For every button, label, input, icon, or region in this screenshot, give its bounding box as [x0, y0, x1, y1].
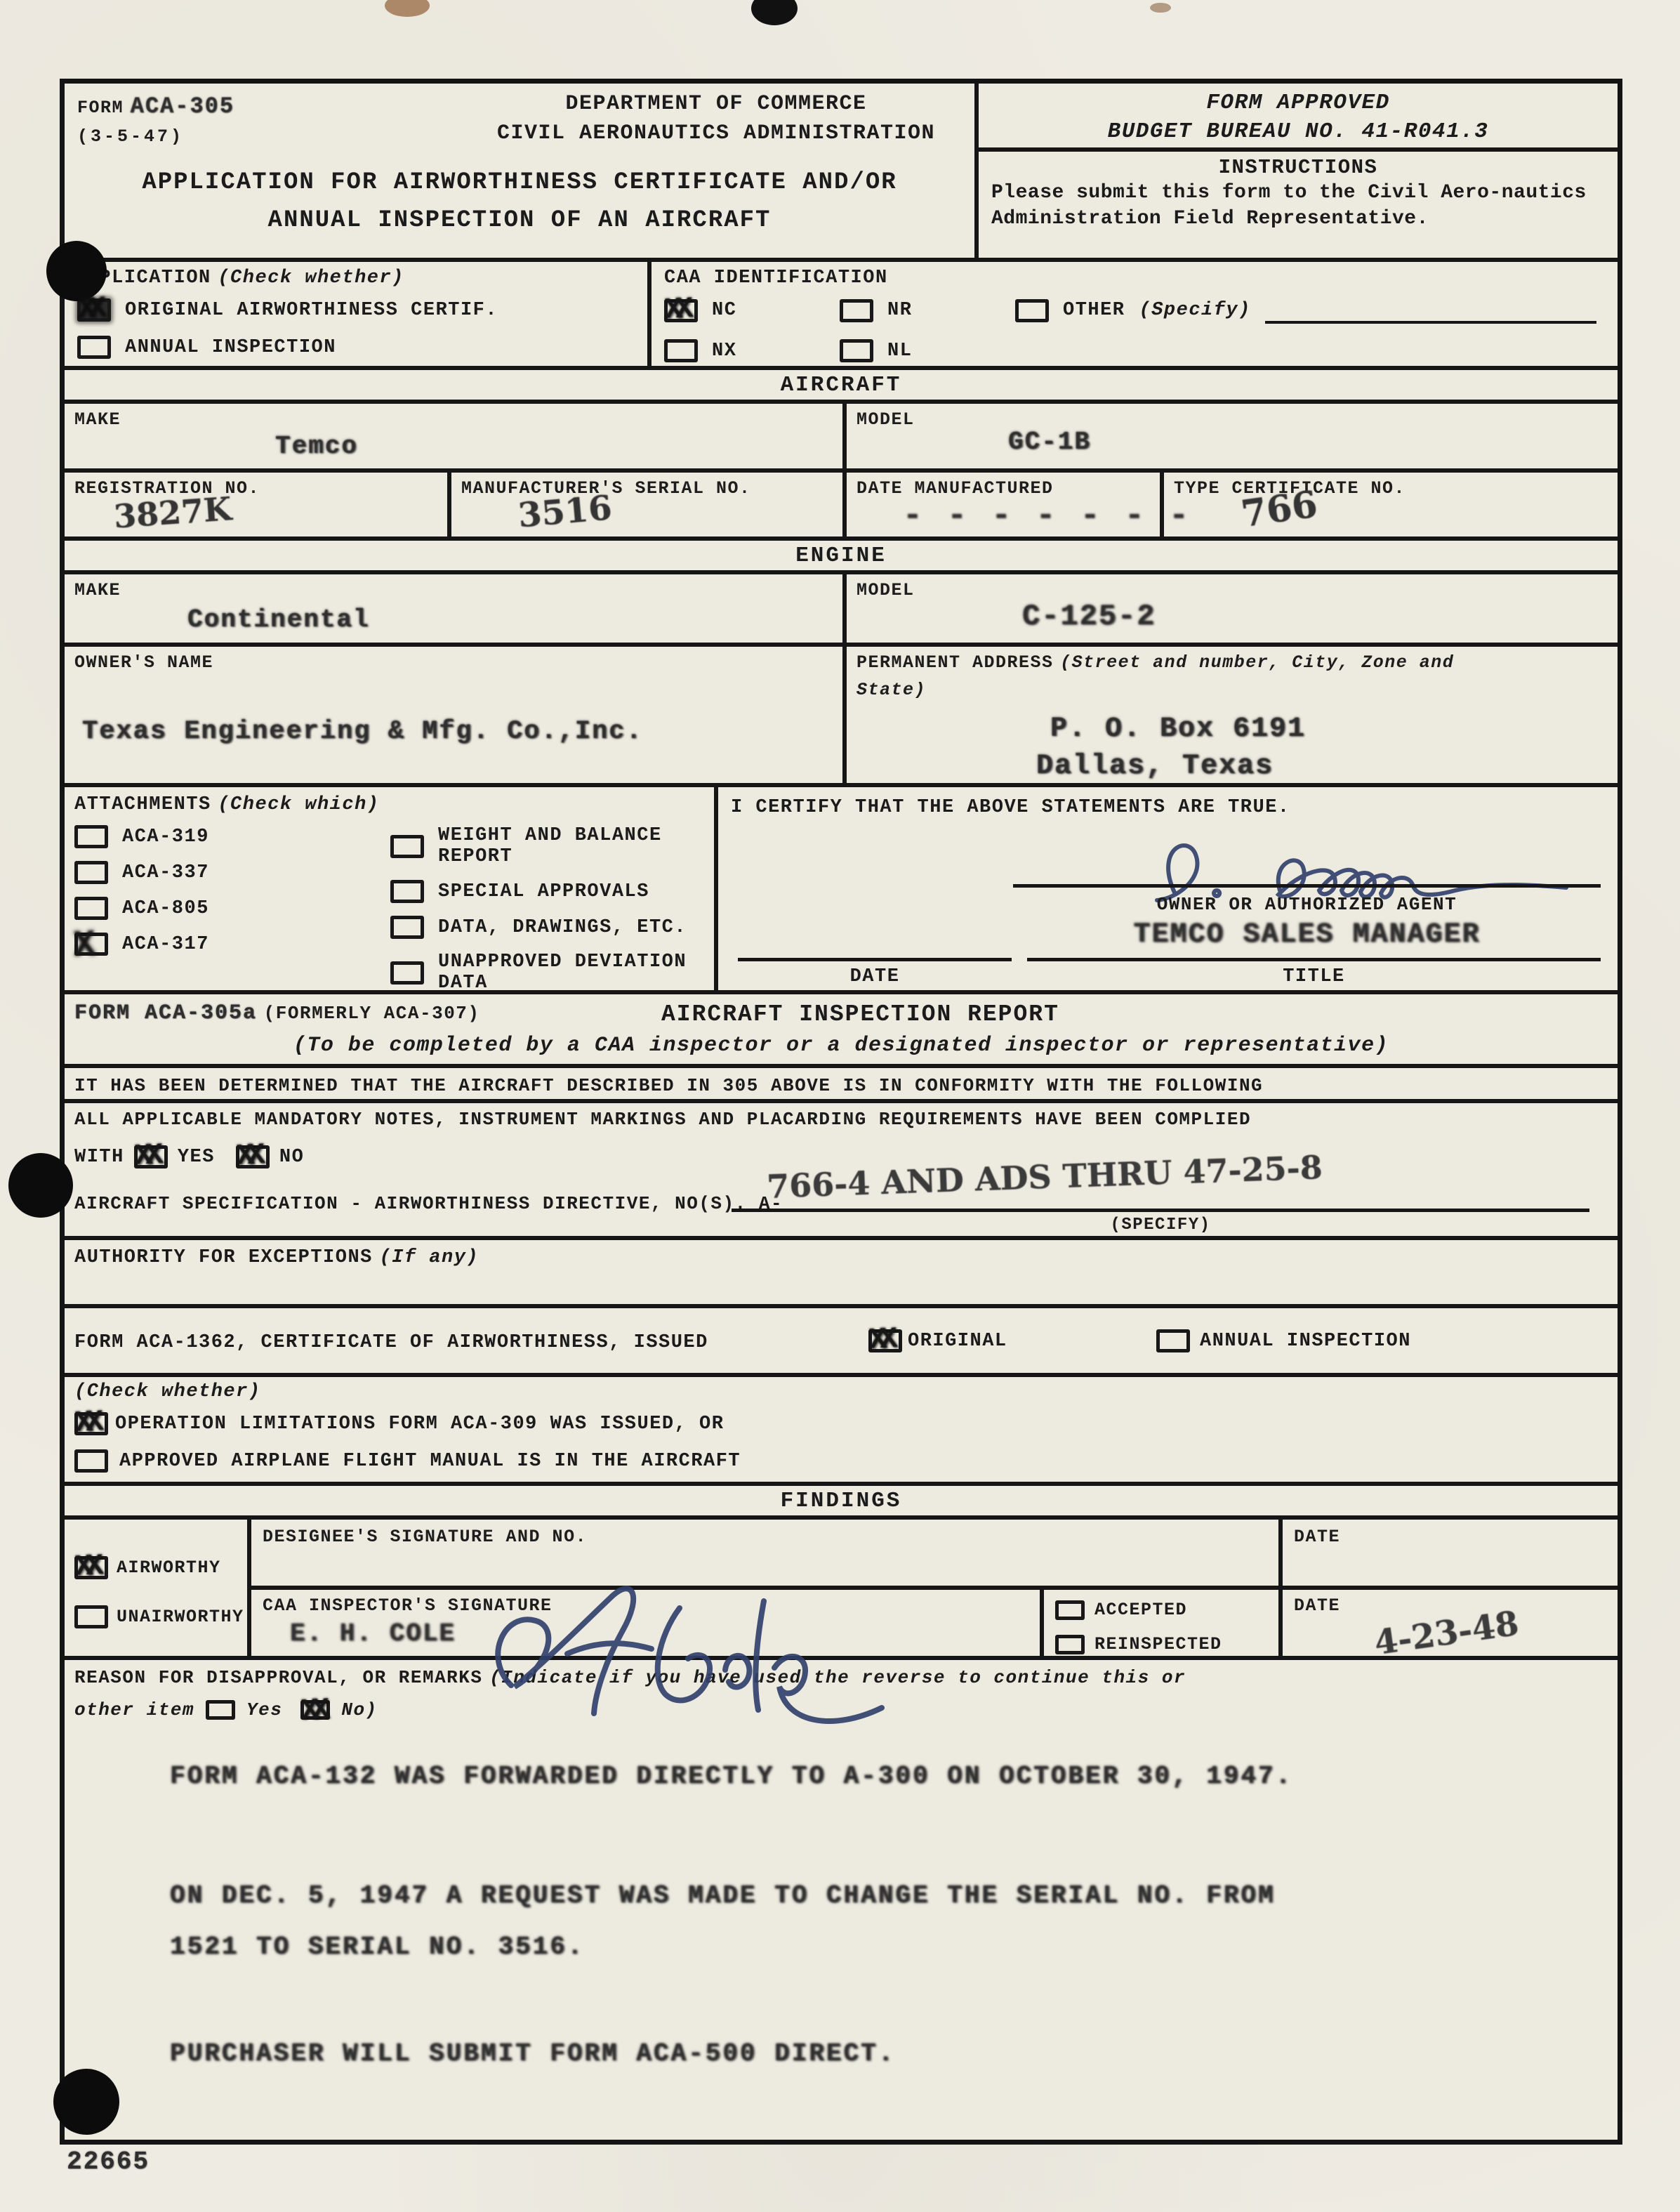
- remarks-line-4: PURCHASER WILL SUBMIT FORM ACA-500 DIREC…: [170, 2039, 895, 2068]
- address-line1: P. O. Box 6191: [1050, 713, 1306, 745]
- aircraft-model-value: GC-1B: [1008, 428, 1091, 456]
- remarks-hint2: other item: [74, 1699, 194, 1720]
- other-label: OTHER: [1063, 300, 1125, 321]
- owner-name-cell: OWNER'S NAME Texas Engineering & Mfg. Co…: [65, 647, 842, 783]
- inspection-date-cell: DATE 4-23-48: [1278, 1590, 1618, 1656]
- department-heading: DEPARTMENT OF COMMERCE CIVIL AERONAUTICS…: [463, 92, 969, 145]
- checkbox-airworthy: [74, 1556, 108, 1579]
- form-aca-305: FORM ACA-305 (3-5-47) DEPARTMENT OF COMM…: [60, 79, 1622, 2145]
- annual-inspection-label: ANNUAL INSPECTION: [125, 337, 336, 358]
- nr-label: NR: [887, 300, 912, 321]
- remarks-no-label: No): [341, 1699, 377, 1720]
- permanent-address-hint1: (Street and number, City, Zone and: [1060, 652, 1454, 673]
- checkbox-remarks-yes: [206, 1700, 235, 1720]
- inspection-report-header: FORM ACA-305a (FORMERLY ACA-307) AIRCRAF…: [65, 994, 1618, 1068]
- nl-label: NL: [887, 341, 912, 362]
- permanent-address-hint2: State): [856, 680, 1618, 700]
- checkbox-operation-limitations: [74, 1412, 108, 1435]
- checkbox-flight-manual: [74, 1449, 108, 1473]
- caa-inspector-typed-name: E. H. COLE: [290, 1619, 456, 1648]
- remarks-yes-label: Yes: [246, 1699, 282, 1720]
- caa-inspector-signature: [462, 1580, 897, 1749]
- paper-stain-top: [385, 0, 430, 17]
- application-row: APPLICATION (Check whether) ORIGINAL AIR…: [65, 258, 1618, 370]
- date-manufactured-cell: DATE MANUFACTURED - - - - - - -: [842, 473, 1160, 536]
- form-number: ACA-305: [131, 93, 234, 119]
- checkbox-other: [1015, 299, 1049, 322]
- checkbox-data-drawings: [390, 916, 424, 939]
- aca-317-label: ACA-317: [122, 934, 209, 955]
- checkbox-original-airworthiness: [77, 298, 111, 322]
- title-line: [1027, 958, 1601, 961]
- registration-value: 3827K: [112, 489, 232, 536]
- remarks-line-1: FORM ACA-132 WAS FORWARDED DIRECTLY TO A…: [170, 1762, 1292, 1791]
- checkbox-nl: [840, 339, 873, 362]
- date-manufactured-label: DATE MANUFACTURED: [856, 478, 1054, 499]
- engine-model-value: C-125-2: [1022, 600, 1156, 633]
- weight-balance-label: WEIGHT AND BALANCE REPORT: [438, 825, 714, 867]
- remarks-line-2: ON DEC. 5, 1947 A REQUEST WAS MADE TO CH…: [170, 1881, 1276, 1910]
- remarks-line-3: 1521 TO SERIAL NO. 3516.: [170, 1933, 584, 1961]
- checkbox-complied-no: [236, 1145, 270, 1168]
- owner-signature-line: [1013, 884, 1601, 888]
- aircraft-model-cell: MODEL GC-1B: [842, 404, 1618, 468]
- operation-limitations-label: OPERATION LIMITATIONS FORM ACA-309 WAS I…: [115, 1414, 724, 1435]
- designee-date-cell: DATE: [1278, 1520, 1618, 1586]
- owner-name-value: Texas Engineering & Mfg. Co.,Inc.: [82, 717, 643, 746]
- owner-address-row: OWNER'S NAME Texas Engineering & Mfg. Co…: [65, 647, 1618, 787]
- checkbox-annual-inspection: [77, 336, 111, 359]
- airworthy-label: AIRWORTHY: [117, 1558, 221, 1578]
- attachments-hint: (Check which): [218, 794, 379, 815]
- date-manufactured-value: - - - - - - -: [903, 498, 1191, 534]
- checkbox-issued-original: [868, 1329, 902, 1352]
- checkbox-aca-317: [74, 933, 108, 956]
- checkbox-unairworthy: [74, 1605, 108, 1628]
- report-title: AIRCRAFT INSPECTION REPORT: [661, 1001, 1059, 1027]
- hole-punch-top: [46, 241, 107, 301]
- original-airworthiness-label: ORIGINAL AIRWORTHINESS CERTIF.: [125, 300, 498, 321]
- footer-stamp-number: 22665: [67, 2147, 150, 2176]
- checkbox-nc: [664, 299, 698, 322]
- owner-agent-label: OWNER OR AUTHORIZED AGENT: [1013, 894, 1601, 915]
- date-line: [738, 958, 1012, 961]
- airworthy-column: AIRWORTHY UNAIRWORTHY: [65, 1520, 247, 1656]
- aircraft-registration-row: REGISTRATION NO. 3827K MANUFACTURER'S SE…: [65, 473, 1618, 541]
- attachments-cell: ATTACHMENTS (Check which) ACA-319 ACA-33…: [65, 787, 714, 990]
- check-whether-label: (Check whether): [65, 1377, 1618, 1402]
- checkbox-nr: [840, 299, 873, 322]
- specify-label: (SPECIFY): [732, 1216, 1589, 1235]
- checkbox-complied-yes: [134, 1145, 168, 1168]
- complied-no-label: NO: [279, 1147, 304, 1168]
- spec-directive-line: [732, 1209, 1589, 1212]
- title-stamp: TEMCO SALES MANAGER: [1013, 919, 1601, 951]
- checkbox-special-approvals: [390, 880, 424, 903]
- checkbox-issued-annual: [1156, 1329, 1190, 1352]
- engine-model-cell: MODEL C-125-2: [842, 574, 1618, 643]
- report-formerly: (FORMERLY ACA-307): [264, 1003, 480, 1024]
- findings-right: DESIGNEE'S SIGNATURE AND NO. DATE CAA IN…: [247, 1520, 1618, 1656]
- form-title: APPLICATION FOR AIRWORTHINESS CERTIFICAT…: [65, 169, 974, 234]
- attachments-certify-row: ATTACHMENTS (Check which) ACA-319 ACA-33…: [65, 787, 1618, 994]
- checkbox-accepted: [1055, 1600, 1085, 1620]
- form-title-line2: ANNUAL INSPECTION OF AN AIRCRAFT: [65, 207, 974, 234]
- other-specify-line: [1265, 297, 1596, 324]
- serial-value: 3516: [517, 488, 614, 535]
- aca-1362-label: FORM ACA-1362, CERTIFICATE OF AIRWORTHIN…: [74, 1332, 708, 1353]
- address-line2: Dallas, Texas: [1036, 751, 1274, 782]
- checkbox-nx: [664, 339, 698, 362]
- header-row: FORM ACA-305 (3-5-47) DEPARTMENT OF COMM…: [65, 84, 1618, 258]
- data-drawings-label: DATA, DRAWINGS, ETC.: [438, 917, 687, 938]
- header-right: FORM APPROVED BUDGET BUREAU NO. 41-R041.…: [974, 84, 1618, 258]
- accepted-column: ACCEPTED REINSPECTED: [1040, 1590, 1278, 1656]
- instructions-body: Please submit this form to the Civil Aer…: [991, 180, 1605, 232]
- certificate-issued-row: FORM ACA-1362, CERTIFICATE OF AIRWORTHIN…: [65, 1308, 1618, 1377]
- checkbox-unapproved-deviation: [390, 961, 424, 985]
- findings-banner-text: FINDINGS: [781, 1489, 902, 1513]
- aca-337-label: ACA-337: [122, 862, 209, 883]
- spec-directive-label: AIRCRAFT SPECIFICATION - AIRWORTHINESS D…: [74, 1193, 783, 1214]
- nx-label: NX: [712, 341, 736, 362]
- caa-inspector-cell: CAA INSPECTOR'S SIGNATURE E. H. COLE: [251, 1590, 1040, 1656]
- attachments-label: ATTACHMENTS: [74, 794, 211, 815]
- report-subtitle: (To be completed by a CAA inspector or a…: [65, 1034, 1618, 1058]
- determined-text: IT HAS BEEN DETERMINED THAT THE AIRCRAFT…: [65, 1068, 1618, 1096]
- other-specify-hint: (Specify): [1139, 300, 1251, 321]
- header-left: FORM ACA-305 (3-5-47) DEPARTMENT OF COMM…: [65, 84, 974, 258]
- paper-stain-small: [1150, 3, 1171, 13]
- aircraft-make-label: MAKE: [74, 409, 121, 430]
- unairworthy-label: UNAIRWORTHY: [117, 1607, 244, 1627]
- checkbox-aca-319: [74, 825, 108, 848]
- checkbox-reinspected: [1055, 1635, 1085, 1654]
- engine-banner: ENGINE: [65, 541, 1618, 574]
- flight-manual-label: APPROVED AIRPLANE FLIGHT MANUAL IS IN TH…: [119, 1451, 741, 1472]
- type-certificate-cell: TYPE CERTIFICATE NO. 766: [1160, 473, 1618, 536]
- findings-banner: FINDINGS: [65, 1486, 1618, 1520]
- engine-make-value: Continental: [187, 605, 370, 634]
- form-revision-date: (3-5-47): [77, 126, 234, 147]
- engine-make-model-row: MAKE Continental MODEL C-125-2: [65, 574, 1618, 647]
- form-approved-box: FORM APPROVED BUDGET BUREAU NO. 41-R041.…: [979, 84, 1618, 152]
- caa-identification-label: CAA IDENTIFICATION: [664, 268, 1596, 289]
- hole-punch-middle: [8, 1153, 73, 1218]
- aircraft-make-cell: MAKE Temco: [65, 404, 842, 468]
- department-line2: CIVIL AERONAUTICS ADMINISTRATION: [463, 121, 969, 145]
- issued-original-label: ORIGINAL: [908, 1331, 1007, 1352]
- certification-cell: I CERTIFY THAT THE ABOVE STATEMENTS ARE …: [714, 787, 1618, 990]
- engine-banner-text: ENGINE: [795, 544, 887, 568]
- checkbox-weight-balance: [390, 835, 424, 858]
- unapproved-deviation-label: UNAPPROVED DEVIATION DATA: [438, 952, 714, 994]
- engine-make-cell: MAKE Continental: [65, 574, 842, 643]
- findings-table: AIRWORTHY UNAIRWORTHY DESIGNEE'S SIGNATU…: [65, 1520, 1618, 1660]
- compliance-row: ALL APPLICABLE MANDATORY NOTES, INSTRUME…: [65, 1103, 1618, 1240]
- checkbox-aca-337: [74, 861, 108, 884]
- complied-yes-label: YES: [178, 1147, 215, 1168]
- instructions-title: INSTRUCTIONS: [991, 156, 1605, 179]
- owner-name-label: OWNER'S NAME: [74, 652, 213, 673]
- caa-identification-cell: CAA IDENTIFICATION NC NR OTHER: [647, 262, 1618, 366]
- aircraft-make-value: Temco: [275, 432, 358, 461]
- with-label: WITH: [74, 1147, 124, 1168]
- designee-signature-cell: DESIGNEE'S SIGNATURE AND NO.: [251, 1520, 1278, 1586]
- serial-cell: MANUFACTURER'S SERIAL NO. 3516: [447, 473, 842, 536]
- permanent-address-label: PERMANENT ADDRESS: [856, 652, 1054, 673]
- checkbox-remarks-no: [300, 1700, 330, 1720]
- aircraft-make-model-row: MAKE Temco MODEL GC-1B: [65, 404, 1618, 473]
- issued-annual-label: ANNUAL INSPECTION: [1200, 1331, 1411, 1352]
- application-cell: APPLICATION (Check whether) ORIGINAL AIR…: [65, 262, 647, 366]
- certify-statement: I CERTIFY THAT THE ABOVE STATEMENTS ARE …: [731, 797, 1290, 818]
- instructions-box: INSTRUCTIONS Please submit this form to …: [979, 152, 1618, 232]
- checkbox-aca-805: [74, 897, 108, 920]
- form-approved-line2: BUDGET BUREAU NO. 41-R041.3: [979, 119, 1618, 144]
- hole-punch-bottom: [53, 2069, 119, 2135]
- ink-smudge-top: [751, 0, 798, 25]
- inspection-date-label: DATE: [1294, 1595, 1340, 1616]
- permanent-address-cell: PERMANENT ADDRESS (Street and number, Ci…: [842, 647, 1618, 783]
- designee-date-label: DATE: [1294, 1527, 1340, 1547]
- aircraft-model-label: MODEL: [856, 409, 915, 430]
- accepted-label: ACCEPTED: [1094, 1600, 1187, 1620]
- scanned-form-page: FORM ACA-305 (3-5-47) DEPARTMENT OF COMM…: [0, 0, 1680, 2212]
- certify-date-label: DATE: [738, 966, 1012, 987]
- inspection-date-value: 4-23-48: [1372, 1604, 1521, 1663]
- engine-make-label: MAKE: [74, 580, 121, 600]
- spec-directive-value: 766-4 AND ADS THRU 47-25-8: [766, 1148, 1323, 1206]
- aca-805-label: ACA-805: [122, 898, 209, 919]
- determined-row: IT HAS BEEN DETERMINED THAT THE AIRCRAFT…: [65, 1068, 1618, 1103]
- check-whether-row: (Check whether) OPERATION LIMITATIONS FO…: [65, 1377, 1618, 1486]
- authority-label: AUTHORITY FOR EXCEPTIONS: [74, 1247, 373, 1268]
- complied-text: ALL APPLICABLE MANDATORY NOTES, INSTRUME…: [65, 1103, 1618, 1130]
- reinspected-label: REINSPECTED: [1094, 1634, 1222, 1654]
- nc-label: NC: [712, 300, 736, 321]
- application-hint: (Check whether): [218, 268, 404, 289]
- form-title-line1: APPLICATION FOR AIRWORTHINESS CERTIFICAT…: [65, 169, 974, 196]
- registration-cell: REGISTRATION NO. 3827K: [65, 473, 447, 536]
- authority-row: AUTHORITY FOR EXCEPTIONS (If any): [65, 1240, 1618, 1308]
- remarks-label: REASON FOR DISAPPROVAL, OR REMARKS: [74, 1667, 483, 1688]
- certify-title-label: TITLE: [1027, 966, 1601, 987]
- special-approvals-label: SPECIAL APPROVALS: [438, 881, 649, 902]
- aca-319-label: ACA-319: [122, 827, 209, 848]
- aircraft-banner: AIRCRAFT: [65, 370, 1618, 404]
- aircraft-banner-text: AIRCRAFT: [781, 373, 902, 397]
- authority-hint: (If any): [379, 1247, 479, 1268]
- engine-model-label: MODEL: [856, 580, 915, 600]
- form-number-word: FORM: [77, 98, 124, 118]
- report-form-number: FORM ACA-305a: [74, 1001, 257, 1025]
- form-approved-line1: FORM APPROVED: [979, 91, 1618, 115]
- department-line1: DEPARTMENT OF COMMERCE: [463, 92, 969, 116]
- designee-signature-label: DESIGNEE'S SIGNATURE AND NO.: [263, 1527, 587, 1547]
